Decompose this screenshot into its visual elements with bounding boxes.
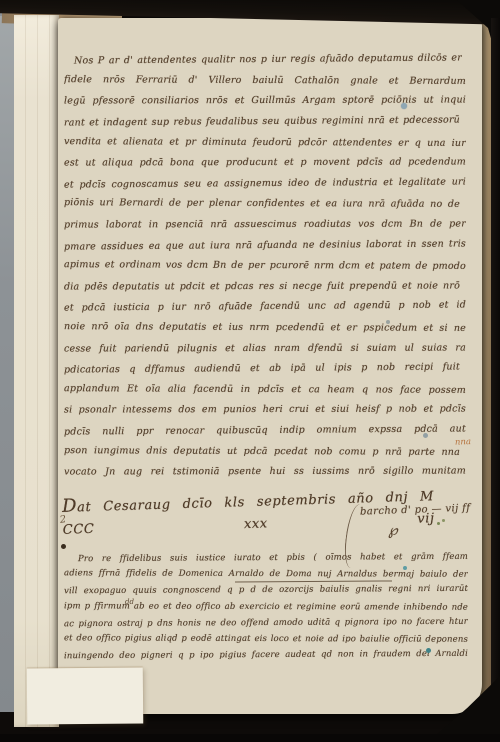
manuscript-line: primus laborat in psenciā nrā assuescimu…: [64, 214, 466, 236]
manuscript-line: pson iungimus dnis deputatis ut pdcā pce…: [64, 441, 460, 463]
manuscript-line: legū pfessorē consiliarios nrōs et Guill…: [64, 90, 466, 112]
photo-background-bottom: [0, 734, 500, 742]
manuscript-line: est ut aliqua pdcā bona que producunt et…: [64, 153, 466, 175]
photo-background-right: [491, 18, 500, 742]
manuscript-line: et pdcīs cognoscamus seu ea assignemus i…: [64, 172, 466, 196]
pin-hole: [401, 103, 407, 109]
pin-hole: [386, 320, 390, 324]
interlinear-note: dd: [125, 598, 145, 608]
backing-mat-left: [0, 0, 15, 712]
wormhole: [61, 544, 66, 549]
margin-note: nna: [455, 436, 482, 449]
manuscript-line: vocato Jn aug rei tstimoniā psente hui s…: [64, 462, 466, 484]
manuscript-line: applandum Et oīa alia facendū in pdcīs e…: [64, 379, 466, 401]
manuscript-line: cesse fuit pariendū pilugnis et alias nr…: [64, 338, 466, 360]
manuscript-line: inuingendo deo pigneri q p ipo pigius fa…: [64, 646, 468, 665]
manuscript-line: Nos P ar d' attendentes qualitr nos p iu…: [64, 48, 462, 72]
manuscript-line: rant et indagent sup rebus feudalibus se…: [64, 110, 460, 134]
manuscript-line: ac pignora ostraj p dns honis ne deo off…: [64, 614, 468, 633]
manuscript-line: si psonalr intessems dos em punios heri …: [64, 400, 466, 422]
pin-hole: [423, 433, 428, 438]
manuscript-page: Nos P ar d' attendentes qualitr nos p iu…: [58, 18, 482, 714]
notary-paraph: ℘: [387, 520, 418, 542]
page-stack-edge: [14, 15, 59, 727]
repair-patch: [27, 667, 143, 724]
manuscript-line: noie nrō oīa dns deputatis et ius nrm pc…: [64, 317, 466, 339]
manuscript-line: vill exopaguo quuis congnoscend q p d de…: [64, 581, 468, 600]
pin-hole: [426, 648, 431, 653]
manuscript-line: pdcīs nulli ppr renocar quibuscūq indip …: [64, 419, 466, 443]
manuscript-line: fidele nrōs Ferrariū d' Villero baiulū C…: [64, 70, 466, 92]
manuscript-line: vendita et alienata et pr diminuta feudo…: [64, 132, 466, 154]
manuscript-line: pmare assidues ea que aut iura nrā afuan…: [64, 234, 466, 258]
pin-hole: [403, 566, 407, 570]
manuscript-line: apimus et ordinam vos dcm Bn de per pcur…: [64, 255, 466, 277]
pen-mark: 2: [59, 513, 73, 529]
ink-dot: [437, 522, 440, 525]
ink-dot: [442, 519, 445, 522]
manuscript-line: et pdcā iusticia p iur nrō afuāde facend…: [64, 296, 466, 320]
manuscript-line: piōnis uri Bernardi de per plenar confid…: [64, 193, 460, 215]
manuscript-line: dia pdēs deputatis ut pdcit et pdcas res…: [64, 276, 460, 298]
manuscript-line: pdicatorias q dffamus audiendū et ab ipā…: [64, 358, 460, 382]
main-text-block: Nos P ar d' attendentes qualitr nos p iu…: [64, 50, 466, 483]
manuscript-photo: Nos P ar d' attendentes qualitr nos p iu…: [0, 0, 500, 742]
